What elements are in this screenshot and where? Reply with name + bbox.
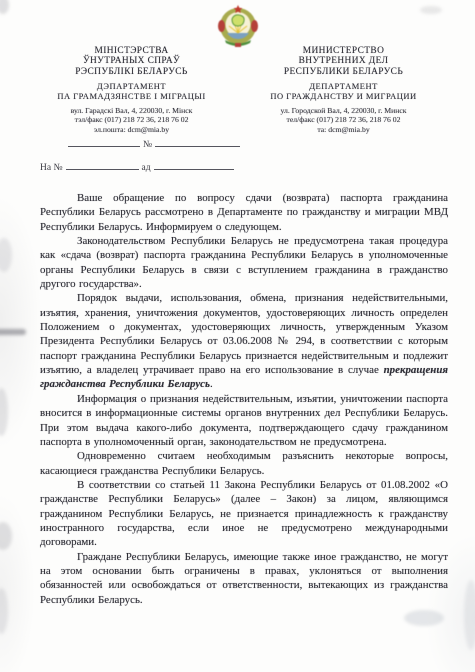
date-label: ад: [142, 163, 151, 173]
blank-line: [154, 160, 234, 170]
contacts-ru: ул. Городской Вал, 4, 220030, г. Минск т…: [241, 106, 447, 134]
body-paragraph-1: Ваше обращение по вопросу сдачи (возврат…: [40, 191, 448, 234]
phone-ru: тел/факс (017) 218 72 36, 218 76 02: [241, 115, 447, 124]
scan-artifact: [0, 238, 12, 272]
department-name-be: ДЭПАРТАМЕНТ ПА ГРАМАДЗЯНСТВЕ І МІГРАЦЫІ: [29, 82, 235, 102]
email-ru: та: dcm@mia.by: [241, 125, 447, 134]
address-be: вул. Гарадскі Вал, 4, 220030, г. Мінск: [29, 106, 235, 115]
blank-line: [155, 137, 240, 147]
scan-artifact: [420, 6, 442, 14]
blank-line: [68, 137, 140, 147]
contacts-be: вул. Гарадскі Вал, 4, 220030, г. Мінск т…: [29, 106, 235, 134]
scan-artifact: [0, 329, 26, 335]
reply-reference-line: На №ад: [40, 160, 243, 183]
body-paragraph-7: Граждане Республики Беларусь, имеющие та…: [40, 550, 448, 607]
body-paragraph-3: Порядок выдачи, использования, обмена, п…: [40, 291, 448, 391]
body-paragraph-2: Законодательством Республики Беларусь не…: [40, 234, 448, 291]
email-be: эл.пошта: dcm@mia.by: [29, 125, 235, 134]
reference-block: № На №ад: [40, 137, 243, 183]
belarus-coat-of-arms-icon: [217, 4, 259, 48]
scan-artifact: [0, 388, 8, 436]
scanned-letter-page: МІНІСТЭРСТВА ЎНУТРАНЫХ СПРАЎ РЭСПУБЛІКІ …: [0, 0, 475, 672]
reference-number-line: №: [40, 137, 243, 160]
number-sign-label: №: [143, 140, 152, 150]
department-name-ru: ДЕПАРТАМЕНТ ПО ГРАЖДАНСТВУ И МИГРАЦИИ: [241, 82, 447, 102]
body-paragraph-6: В соответствии со статьей 11 Закона Респ…: [40, 478, 448, 550]
letterhead-left-belarusian: МІНІСТЭРСТВА ЎНУТРАНЫХ СПРАЎ РЭСПУБЛІКІ …: [29, 46, 235, 134]
ministry-name-ru: МИНИСТЕРСТВО ВНУТРЕННИХ ДЕЛ РЕСПУБЛИКИ Б…: [241, 46, 447, 77]
letter-body: Ваше обращение по вопросу сдачи (возврат…: [40, 191, 448, 607]
ministry-name-be: МІНІСТЭРСТВА ЎНУТРАНЫХ СПРАЎ РЭСПУБЛІКІ …: [29, 46, 235, 77]
scan-artifact: [0, 522, 12, 550]
address-ru: ул. Городской Вал, 4, 220030, г. Минск: [241, 106, 447, 115]
body-paragraph-5: Одновременно считаем необходимым разъясн…: [40, 449, 448, 478]
reply-prefix-label: На №: [40, 163, 63, 173]
scan-artifact: [0, 0, 9, 14]
scan-artifact: [464, 580, 475, 650]
blank-line: [66, 160, 139, 170]
body-paragraph-4: Информация о признания недействительным,…: [40, 392, 448, 449]
scan-artifact: [404, 610, 444, 626]
letterhead-right-russian: МИНИСТЕРСТВО ВНУТРЕННИХ ДЕЛ РЕСПУБЛИКИ Б…: [241, 46, 447, 134]
phone-be: тэл/факс (017) 218 72 36, 218 76 02: [29, 115, 235, 124]
letterhead: МІНІСТЭРСТВА ЎНУТРАНЫХ СПРАЎ РЭСПУБЛІКІ …: [0, 46, 475, 134]
scan-artifact: [0, 588, 8, 634]
